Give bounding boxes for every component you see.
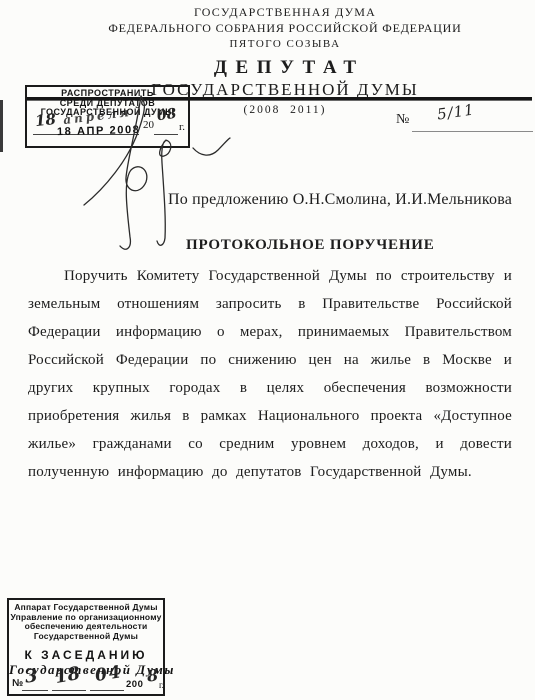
number-blank-line [412,131,533,132]
body-paragraph: Поручить Комитету Государственной Думы п… [28,262,512,486]
number-label: № [396,112,409,128]
proposal-line: По предложению О.Н.Смолина, И.И.Мельнико… [168,191,512,209]
handwritten-session-month: 04 [94,662,124,686]
handwritten-session-number: 3 [24,665,39,687]
blank-line-day [33,134,59,135]
scan-artifact [0,100,3,152]
blank-line-session-month [90,690,124,691]
org-name-line2: ФЕДЕРАЛЬНОГО СОБРАНИЯ РОССИЙСКОЙ ФЕДЕРАЦ… [35,21,535,36]
handwritten-session-day: 18 [53,663,81,688]
session-number-label: № [12,678,23,689]
session-stamp-heading: К ЗАСЕДАНИЮ [9,648,163,662]
handwritten-document-number: 5/11 [436,100,476,123]
blank-line-session-number [22,690,48,691]
handwritten-day: 18 [34,110,57,130]
session-year-prefix: 200 [126,679,143,690]
session-stamp-line4: Государственной Думы [9,632,163,642]
org-name-line3: ПЯТОГО СОЗЫВА [35,38,535,50]
session-stamp-box: Аппарат Государственной Думы Управление … [7,598,165,696]
signature-scrawl [60,86,240,258]
letterhead-title: ДЕПУТАТ [44,57,535,79]
session-year-suffix: г. [159,680,164,690]
handwritten-session-year: 8 [146,666,159,686]
blank-line-session-day [52,690,86,691]
org-name-line1: ГОСУДАРСТВЕННАЯ ДУМА [35,5,535,20]
scanned-document-page: ГОСУДАРСТВЕННАЯ ДУМА ФЕДЕРАЛЬНОГО СОБРАН… [0,0,535,700]
document-title: ПРОТОКОЛЬНОЕ ПОРУЧЕНИЕ [186,237,435,254]
